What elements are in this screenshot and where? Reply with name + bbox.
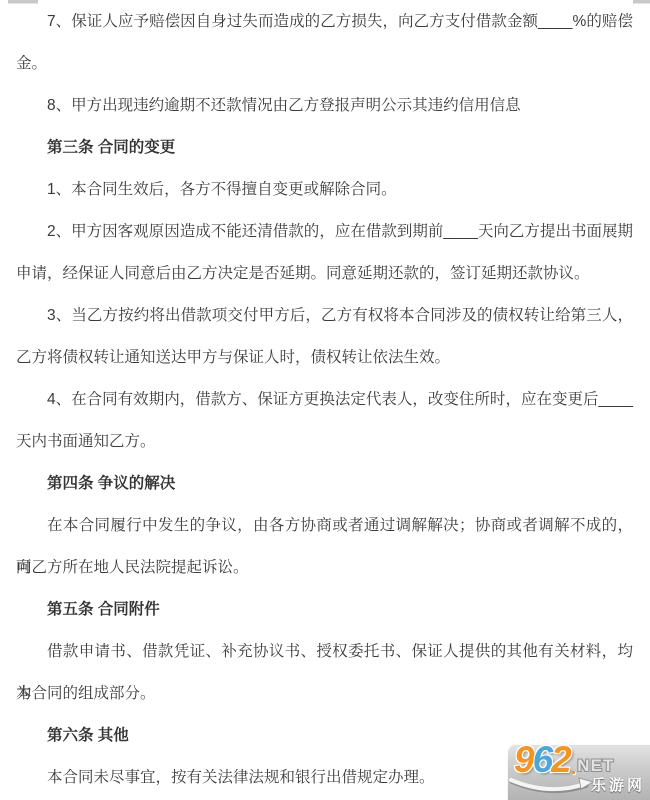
paragraph-line: 在本合同履行中发生的争议，由各方协商或者通过调解解决；协商或者调解不成的，可 bbox=[16, 505, 633, 547]
section-heading: 第三条 合同的变更 bbox=[16, 127, 633, 169]
swoosh-arrow-icon bbox=[509, 775, 595, 797]
watermark-site-name: 乐游网 bbox=[591, 774, 645, 795]
paragraph-line: 1、本合同生效后，各方不得擅自变更或解除合同。 bbox=[16, 169, 633, 211]
paragraph-line: 乙方将债权转让通知送达甲方与保证人时，债权转让依法生效。 bbox=[16, 337, 633, 379]
paragraph-line: 3、当乙方按约将出借款项交付甲方后，乙方有权将本合同涉及的债权转让给第三人， bbox=[16, 295, 633, 337]
watermark-brand-row: 962 . NET bbox=[514, 744, 614, 777]
paragraph-line: 申请，经保证人同意后由乙方决定是否延期。同意延期还款的，签订延期还款协议。 bbox=[16, 253, 633, 295]
paragraph-line: 向乙方所在地人民法院提起诉讼。 bbox=[16, 547, 633, 589]
watermark-number: 962 bbox=[514, 744, 570, 777]
document-page: 7、保证人应予赔偿因自身过失而造成的乙方损失，向乙方支付借款金额____%的赔偿… bbox=[0, 0, 650, 800]
watermark-dot: . bbox=[571, 761, 577, 775]
section-heading: 第四条 争议的解决 bbox=[16, 463, 633, 505]
paragraph-line: 借款申请书、借款凭证、补充协议书、授权委托书、保证人提供的其他有关材料，均为 bbox=[16, 631, 633, 673]
paragraph-line: 天内书面通知乙方。 bbox=[16, 421, 633, 463]
watermark-tld: NET bbox=[577, 757, 614, 774]
paragraph-line: 4、在合同有效期内，借款方、保证方更换法定代表人，改变住所时，应在变更后____ bbox=[16, 379, 633, 421]
paragraph-line: 2、甲方因客观原因造成不能还清借款的，应在借款到期前____天向乙方提出书面展期 bbox=[16, 211, 633, 253]
section-heading: 第五条 合同附件 bbox=[16, 589, 633, 631]
paragraph-line: 本合同的组成部分。 bbox=[16, 673, 633, 715]
paragraph-line: 金。 bbox=[16, 43, 633, 85]
top-edge-fragment-right bbox=[633, 0, 650, 4]
paragraph-line: 8、甲方出现违约逾期不还款情况由乙方登报声明公示其违约信用信息 bbox=[16, 85, 633, 127]
paragraph-line: 7、保证人应予赔偿因自身过失而造成的乙方损失，向乙方支付借款金额____%的赔偿 bbox=[16, 1, 633, 43]
contract-text: 7、保证人应予赔偿因自身过失而造成的乙方损失，向乙方支付借款金额____%的赔偿… bbox=[16, 1, 633, 799]
962net-watermark-logo: 962 . NET 乐游网 bbox=[507, 744, 650, 800]
